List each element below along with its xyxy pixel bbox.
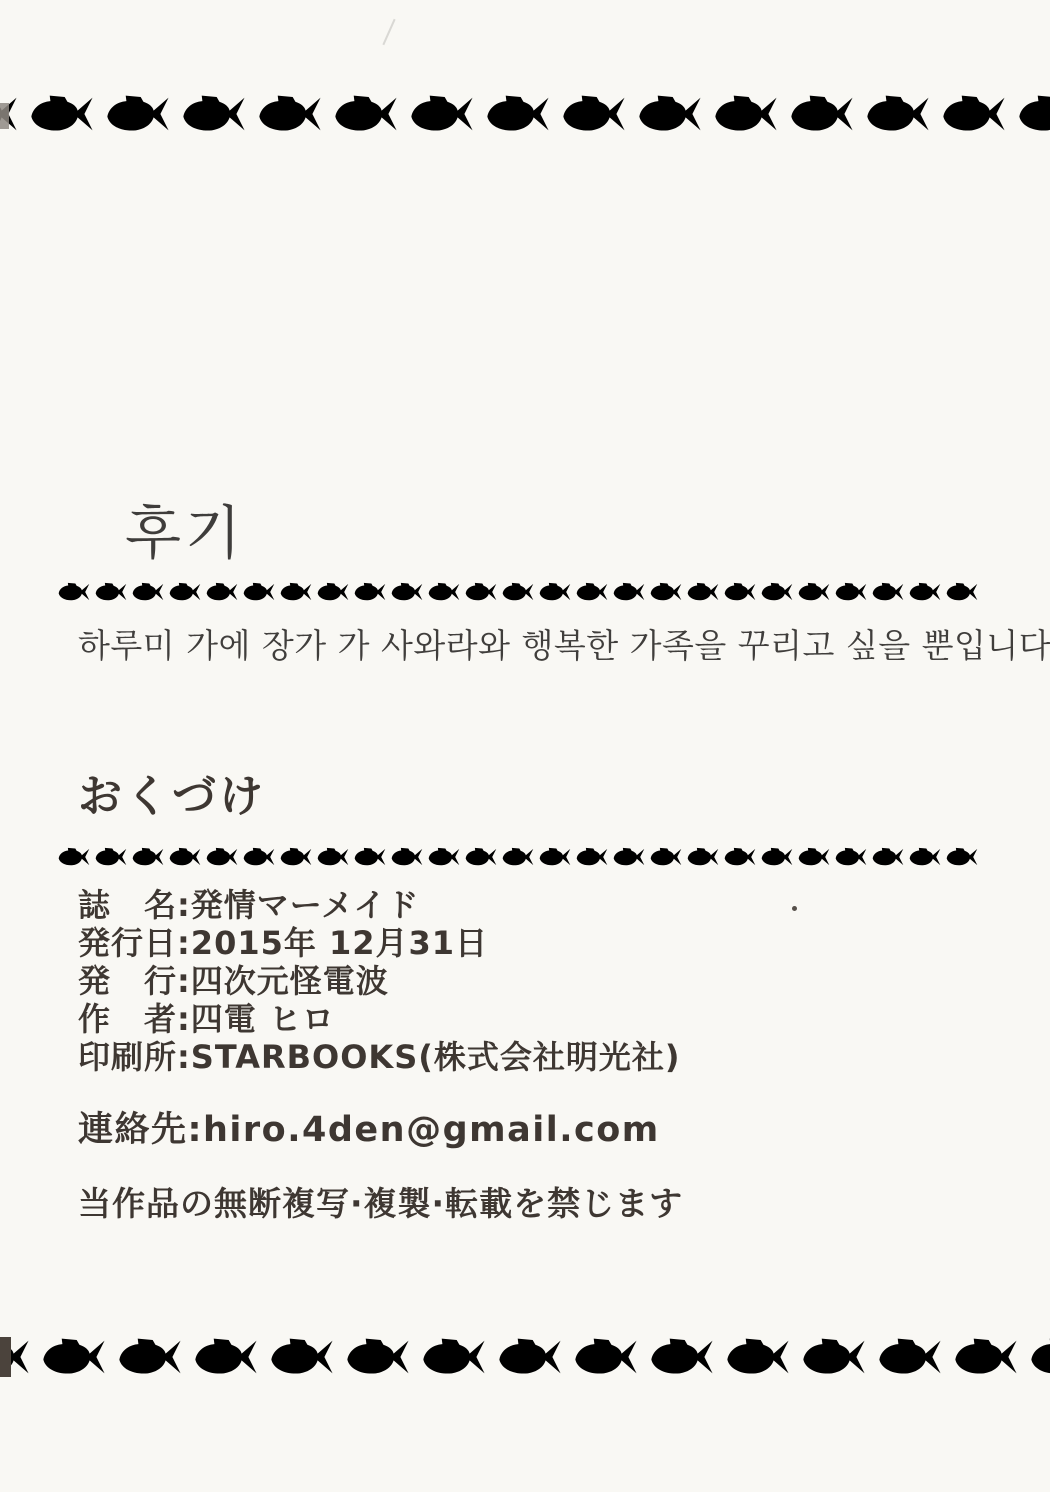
fish-icon <box>872 579 906 605</box>
fish-icon <box>726 1335 794 1379</box>
fish-icon <box>317 844 351 870</box>
fish-icon <box>428 844 462 870</box>
colophon-info-block: 誌 名:発情マーメイド 発行日:2015年 12月31日 発 行:四次元怪電波 … <box>78 886 681 1076</box>
scan-artifact-diagonal <box>382 19 395 45</box>
fish-icon <box>58 579 92 605</box>
scan-artifact-edge-bottom <box>0 1337 11 1377</box>
fish-icon <box>422 1335 490 1379</box>
fish-icon <box>243 579 277 605</box>
fish-icon <box>761 579 795 605</box>
contact-email-line: 連絡先:hiro.4den@gmail.com <box>78 1102 660 1152</box>
fish-icon <box>1018 92 1050 136</box>
fish-icon <box>502 844 536 870</box>
fish-icon <box>761 844 795 870</box>
fish-icon <box>428 579 462 605</box>
fish-icon <box>878 1335 946 1379</box>
fish-icon <box>802 1335 870 1379</box>
fish-icon <box>539 844 573 870</box>
fish-icon <box>280 579 314 605</box>
copyright-notice: 当作品の無断複写·複製·転載を禁じます <box>78 1178 683 1225</box>
colophon-line-book-title: 誌 名:発情マーメイド <box>78 886 681 924</box>
scan-artifact-speck <box>792 906 797 911</box>
colophon-line-publish-date: 発行日:2015年 12月31日 <box>78 924 681 962</box>
fish-icon <box>946 844 980 870</box>
fish-icon <box>280 844 314 870</box>
fish-icon <box>835 579 869 605</box>
fish-icon <box>724 579 758 605</box>
fish-icon <box>410 92 478 136</box>
fish-icon <box>42 1335 110 1379</box>
fish-icon <box>687 844 721 870</box>
fish-icon <box>909 844 943 870</box>
fish-icon <box>391 844 425 870</box>
fish-icon <box>576 844 610 870</box>
colophon-line-printer: 印刷所:STARBOOKS(株式会社明光社) <box>78 1038 681 1076</box>
fish-icon <box>465 844 499 870</box>
fish-icon <box>194 1335 262 1379</box>
fish-icon <box>334 92 402 136</box>
fish-icon <box>954 1335 1022 1379</box>
fish-icon <box>638 92 706 136</box>
fish-icon <box>650 579 684 605</box>
fish-border-colophon <box>58 843 983 870</box>
fish-icon <box>132 579 166 605</box>
fish-icon <box>909 579 943 605</box>
fish-icon <box>486 92 554 136</box>
fish-icon <box>714 92 782 136</box>
fish-icon <box>391 579 425 605</box>
fish-icon <box>613 844 647 870</box>
fish-icon <box>1030 1335 1050 1379</box>
colophon-title: おくづけ <box>78 773 266 821</box>
fish-icon <box>835 844 869 870</box>
fish-icon <box>574 1335 642 1379</box>
fish-icon <box>872 844 906 870</box>
fish-icon <box>270 1335 338 1379</box>
fish-icon <box>182 92 250 136</box>
fish-icon <box>942 92 1010 136</box>
fish-icon <box>206 844 240 870</box>
fish-icon <box>95 579 129 605</box>
fish-icon <box>502 579 536 605</box>
fish-icon <box>258 92 326 136</box>
fish-border-bottom <box>0 1334 1050 1380</box>
scanned-colophon-page: 후기 하루미 가에 장가 가 사와라와 행복한 가족을 꾸리고 싶을 뿐입니다.… <box>0 0 1050 1492</box>
scan-artifact-edge-top <box>0 103 9 129</box>
fish-icon <box>354 579 388 605</box>
fish-icon <box>30 92 98 136</box>
fish-icon <box>118 1335 186 1379</box>
fish-icon <box>498 1335 566 1379</box>
fish-icon <box>95 844 129 870</box>
fish-icon <box>539 579 573 605</box>
afterword-title: 후기 <box>125 503 245 564</box>
fish-icon <box>866 92 934 136</box>
fish-icon <box>790 92 858 136</box>
fish-icon <box>650 1335 718 1379</box>
fish-icon <box>576 579 610 605</box>
fish-icon <box>946 579 980 605</box>
fish-icon <box>465 579 499 605</box>
fish-icon <box>169 844 203 870</box>
fish-icon <box>58 844 92 870</box>
fish-icon <box>106 92 174 136</box>
fish-icon <box>798 579 832 605</box>
fish-icon <box>798 844 832 870</box>
fish-icon <box>346 1335 414 1379</box>
fish-icon <box>354 844 388 870</box>
afterword-body-text: 하루미 가에 장가 가 사와라와 행복한 가족을 꾸리고 싶을 뿐입니다. <box>78 626 1050 666</box>
colophon-line-author: 作 者:四電 ヒロ <box>78 1000 681 1038</box>
fish-icon <box>132 844 166 870</box>
colophon-line-publisher: 発 行:四次元怪電波 <box>78 962 681 1000</box>
fish-icon <box>613 579 647 605</box>
fish-icon <box>687 579 721 605</box>
fish-icon <box>317 579 351 605</box>
fish-icon <box>169 579 203 605</box>
fish-icon <box>206 579 240 605</box>
fish-border-top <box>0 91 1050 137</box>
fish-icon <box>650 844 684 870</box>
fish-icon <box>724 844 758 870</box>
fish-icon <box>243 844 277 870</box>
fish-border-afterword <box>58 578 983 605</box>
fish-icon <box>562 92 630 136</box>
